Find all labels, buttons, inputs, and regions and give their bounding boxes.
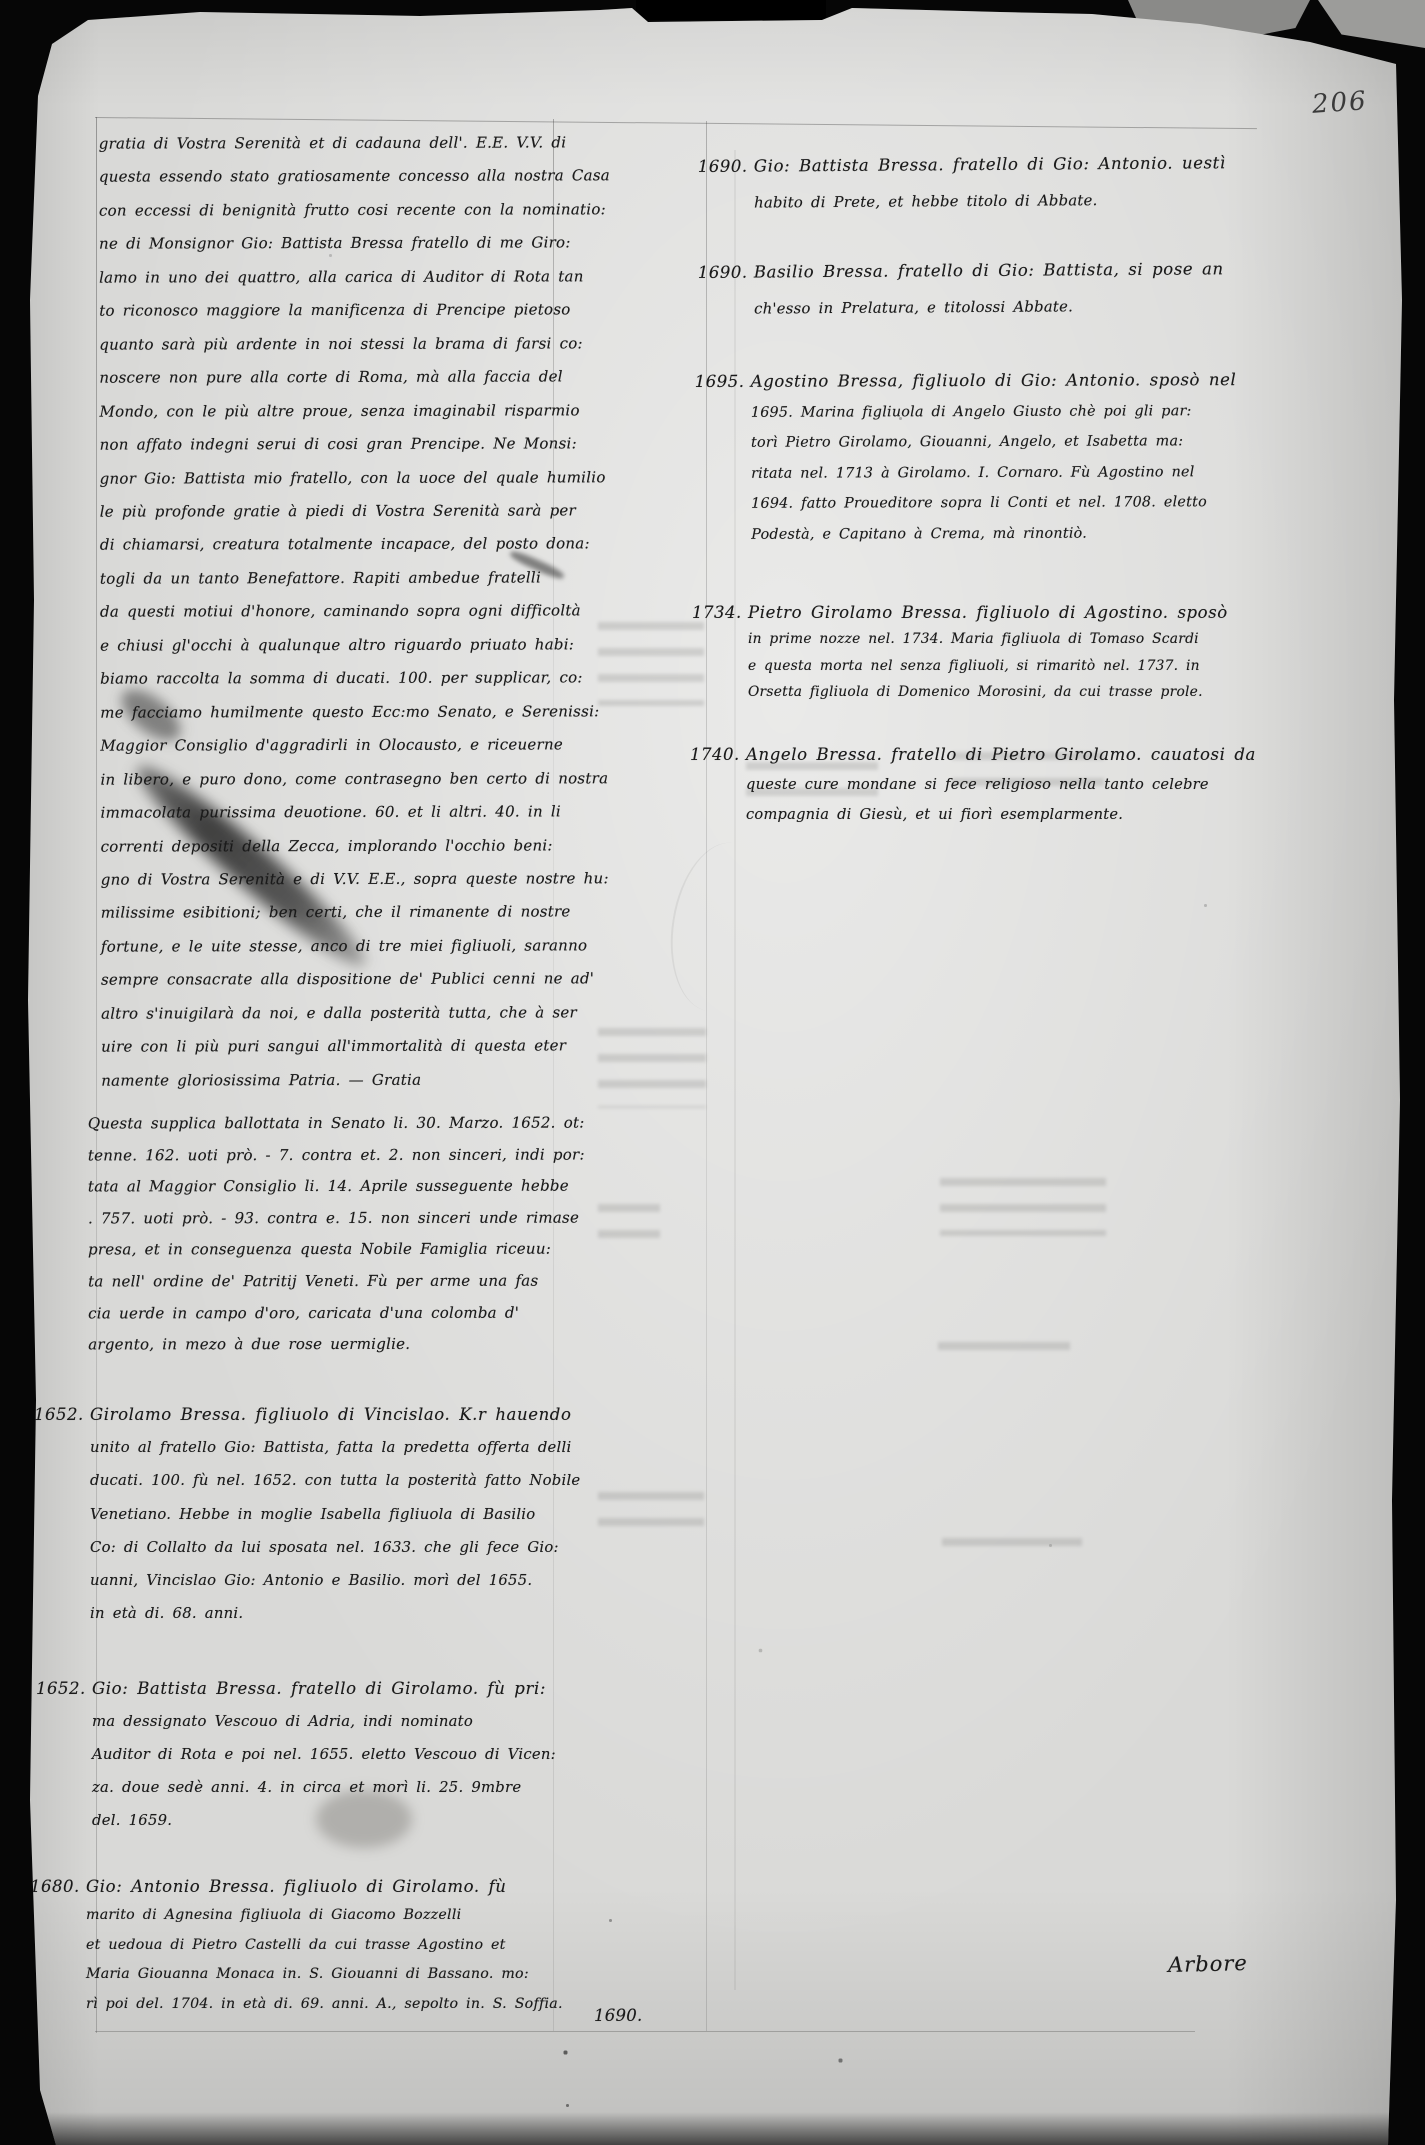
manuscript-line: cia uerde in campo d'oro, caricata d'una… <box>88 1297 550 1329</box>
manuscript-line: 1694. fatto Proueditore sopra li Conti e… <box>751 487 1251 519</box>
manuscript-line: Gio: Antonio Bressa. figliuolo di Girola… <box>86 1872 563 1901</box>
manuscript-line: gnor Gio: Battista mio fratello, con la … <box>100 461 552 496</box>
manuscript-line: noscere non pure alla corte di Roma, mà … <box>99 361 551 396</box>
entry-year: 1734. <box>692 600 748 626</box>
manuscript-line: . 757. uoti prò. - 93. contra e. 15. non… <box>88 1202 550 1234</box>
manuscript-line: queste cure mondane si fece religioso ne… <box>746 770 1256 800</box>
manuscript-line: Pietro Girolamo Bressa. figliuolo di Ago… <box>748 600 1250 626</box>
page-crease-curve <box>659 835 781 1018</box>
manuscript-line: Maria Giouanna Monaca in. S. Giouanni di… <box>86 1960 563 1989</box>
manuscript-line: Venetiano. Hebbe in moglie Isabella figl… <box>90 1498 580 1531</box>
manuscript-line: in prime nozze nel. 1734. Maria figliuol… <box>748 626 1250 652</box>
manuscript-line: me facciamo humilmente questo Ecc:mo Sen… <box>100 695 552 730</box>
entry-year: 1652. <box>34 1398 90 1431</box>
manuscript-line: tenne. 162. uoti prò. - 7. contra et. 2.… <box>88 1139 550 1171</box>
entry-1740-angelo: 1740. Angelo Bressa. fratello di Pietro … <box>690 740 1250 830</box>
manuscript-line: gratia di Vostra Serenità et di cadauna … <box>99 126 551 161</box>
bleed-through-mark <box>940 1178 1106 1236</box>
entry-text: Basilio Bressa. fratello di Gio: Battist… <box>754 250 1251 327</box>
bleed-through-mark <box>598 622 704 706</box>
entry-text: Gio: Battista Bressa. fratello di Girola… <box>92 1672 558 1837</box>
manuscript-line: rì poi del. 1704. in età di. 69. anni. A… <box>86 1990 563 2019</box>
manuscript-line: Maggior Consiglio d'aggradirli in Olocau… <box>100 729 552 764</box>
entry-text: Angelo Bressa. fratello di Pietro Girola… <box>746 740 1256 830</box>
manuscript-line: ne di Monsignor Gio: Battista Bressa fra… <box>99 227 551 262</box>
entry-year: 1690. <box>698 148 754 185</box>
footer-year: 1690. <box>594 2006 643 2025</box>
manuscript-line: Agostino Bressa, figliuolo di Gio: Anton… <box>751 365 1251 397</box>
manuscript-line: milissime esibitioni; ben certi, che il … <box>101 896 553 931</box>
manuscript-line: da questi motiui d'honore, caminando sop… <box>100 595 552 630</box>
manuscript-line: Podestà, e Capitano à Crema, mà rinontiò… <box>751 518 1251 550</box>
entry-year: 1652. <box>36 1672 92 1705</box>
manuscript-line: in libero, e puro dono, come contrasegno… <box>100 762 552 797</box>
manuscript-line: Auditor di Rota e poi nel. 1655. eletto … <box>92 1738 558 1771</box>
manuscript-line: del. 1659. <box>92 1804 558 1837</box>
entry-1680-gio-antonio: 1680. Gio: Antonio Bressa. figliuolo di … <box>30 1872 560 2019</box>
entry-text: Gio: Battista Bressa. fratello di Gio: A… <box>754 144 1251 221</box>
manuscript-line: Gio: Battista Bressa. fratello di Girola… <box>92 1672 558 1705</box>
entry-text: Girolamo Bressa. figliuolo di Vincislao.… <box>90 1398 580 1630</box>
ruled-line-bottom <box>95 2031 1195 2032</box>
manuscript-line: con eccessi di benignità frutto cosi rec… <box>99 193 551 228</box>
manuscript-line: compagnia di Giesù, et ui fiorì esemplar… <box>746 800 1256 830</box>
manuscript-line: immacolata purissima deuotione. 60. et l… <box>100 795 552 830</box>
manuscript-line: in età di. 68. anni. <box>90 1597 580 1630</box>
manuscript-line: non affato indegni serui di cosi gran Pr… <box>100 427 552 462</box>
entry-1734-pietro-girolamo: 1734. Pietro Girolamo Bressa. figliuolo … <box>692 600 1250 706</box>
manuscript-line: uanni, Vincislao Gio: Antonio e Basilio.… <box>90 1564 580 1597</box>
manuscript-line: fortune, e le uite stesse, anco di tre m… <box>101 929 553 964</box>
manuscript-line: torì Pietro Girolamo, Giouanni, Angelo, … <box>751 426 1251 458</box>
manuscript-line: quanto sarà più ardente in noi stessi la… <box>99 327 551 362</box>
bleed-through-mark <box>598 1492 704 1532</box>
manuscript-line: togli da un tanto Benefattore. Rapiti am… <box>100 561 552 596</box>
manuscript-line: Basilio Bressa. fratello di Gio: Battist… <box>754 250 1250 290</box>
manuscript-line: e chiusi gl'occhi à qualunque altro rigu… <box>100 628 552 663</box>
manuscript-line: ducati. 100. fù nel. 1652. con tutta la … <box>90 1464 580 1497</box>
manuscript-line: gno di Vostra Serenità e di V.V. E.E., s… <box>101 862 553 897</box>
manuscript-line: tata al Maggior Consiglio li. 14. Aprile… <box>88 1171 550 1203</box>
manuscript-line: e questa morta nel senza figliuoli, si r… <box>748 653 1250 679</box>
manuscript-line: le più profonde gratie à piedi di Vostra… <box>100 494 552 529</box>
arbore-label: Arbore <box>1168 1951 1248 1977</box>
manuscript-line: biamo raccolta la somma di ducati. 100. … <box>100 662 552 697</box>
entry-year: 1695. <box>695 367 751 398</box>
manuscript-line: uire con li più puri sangui all'immortal… <box>101 1030 553 1065</box>
manuscript-line: Mondo, con le più altre proue, senza ima… <box>99 394 551 429</box>
manuscript-line: ma dessignato Vescouo di Adria, indi nom… <box>92 1705 558 1738</box>
manuscript-line: et uedoua di Pietro Castelli da cui tras… <box>86 1931 563 1960</box>
manuscript-line: namente gloriosissima Patria. — Gratia <box>101 1063 553 1098</box>
manuscript-line: sempre consacrate alla dispositione de' … <box>101 963 553 998</box>
manuscript-line: presa, et in conseguenza questa Nobile F… <box>88 1234 550 1266</box>
entry-1690-gio-battista: 1690. Gio: Battista Bressa. fratello di … <box>698 144 1251 222</box>
manuscript-line: questa essendo stato gratiosamente conce… <box>99 160 551 195</box>
manuscript-line: altro s'inuigilarà da noi, e dalla poste… <box>101 996 553 1031</box>
manuscript-line: Gio: Battista Bressa. fratello di Gio: A… <box>754 144 1250 184</box>
entry-1652-girolamo: 1652. Girolamo Bressa. figliuolo di Vinc… <box>34 1398 558 1630</box>
manuscript-line: unito al fratello Gio: Battista, fatta l… <box>90 1431 580 1464</box>
ballot-paragraph: Questa supplica ballottata in Senato li.… <box>88 1108 550 1362</box>
bleed-through-mark <box>598 1028 706 1108</box>
adjacent-object-top-center <box>636 0 826 20</box>
entry-1652-gio-battista: 1652. Gio: Battista Bressa. fratello di … <box>36 1672 558 1837</box>
manuscript-line: habito di Prete, et hebbe titolo di Abba… <box>754 181 1250 221</box>
manuscript-line: 1695. Marina figliuola di Angelo Giusto … <box>751 396 1251 428</box>
manuscript-line: ch'esso in Prelatura, e titolossi Abbate… <box>754 287 1250 327</box>
manuscript-line: ritata nel. 1713 à Girolamo. I. Cornaro.… <box>751 457 1251 489</box>
entry-year: 1690. <box>698 254 754 291</box>
paper-specks <box>0 0 1 1</box>
manuscript-line: argento, in mezo à due rose uermiglie. <box>88 1329 550 1361</box>
page-number: 206 <box>1311 86 1369 120</box>
manuscript-line: Questa supplica ballottata in Senato li.… <box>88 1108 550 1140</box>
bleed-through-mark <box>598 1204 660 1238</box>
adjacent-object-corner <box>1318 0 1425 48</box>
manuscript-line: correnti depositi della Zecca, implorand… <box>101 829 553 864</box>
manuscript-line: to riconosco maggiore la manificenza di … <box>99 294 551 329</box>
entry-text: Gio: Antonio Bressa. figliuolo di Girola… <box>86 1872 563 2019</box>
manuscript-page: 206 gratia di Vostra Serenità et di cada… <box>0 0 1425 2145</box>
manuscript-line: di chiamarsi, creatura totalmente incapa… <box>100 528 552 563</box>
entry-1690-basilio: 1690. Basilio Bressa. fratello di Gio: B… <box>698 250 1251 328</box>
manuscript-line: za. doue sedè anni. 4. in circa et morì … <box>92 1771 558 1804</box>
manuscript-line: lamo in uno dei quattro, alla carica di … <box>99 260 551 295</box>
manuscript-line: Angelo Bressa. fratello di Pietro Girola… <box>746 740 1256 770</box>
entry-year: 1740. <box>690 740 746 770</box>
entry-text: Agostino Bressa, figliuolo di Gio: Anton… <box>751 365 1252 550</box>
manuscript-line: Orsetta figliuola di Domenico Morosini, … <box>748 679 1250 705</box>
entry-1695-agostino: 1695. Agostino Bressa, figliuolo di Gio:… <box>695 365 1252 551</box>
bleed-through-mark <box>942 1538 1082 1562</box>
entry-year: 1680. <box>30 1872 86 1901</box>
manuscript-line: marito di Agnesina figliuola di Giacomo … <box>86 1901 563 1930</box>
manuscript-line: Co: di Collalto da lui sposata nel. 1633… <box>90 1531 580 1564</box>
bottom-edge-shadow <box>0 2112 1425 2145</box>
manuscript-line: Girolamo Bressa. figliuolo di Vincislao.… <box>90 1398 580 1431</box>
bleed-through-mark <box>938 1342 1070 1366</box>
manuscript-line: ta nell' ordine de' Patritij Veneti. Fù … <box>88 1266 550 1298</box>
petition-paragraph: gratia di Vostra Serenità et di cadauna … <box>99 126 554 1097</box>
entry-text: Pietro Girolamo Bressa. figliuolo di Ago… <box>748 600 1250 706</box>
scan-background: 206 gratia di Vostra Serenità et di cada… <box>0 0 1425 2145</box>
